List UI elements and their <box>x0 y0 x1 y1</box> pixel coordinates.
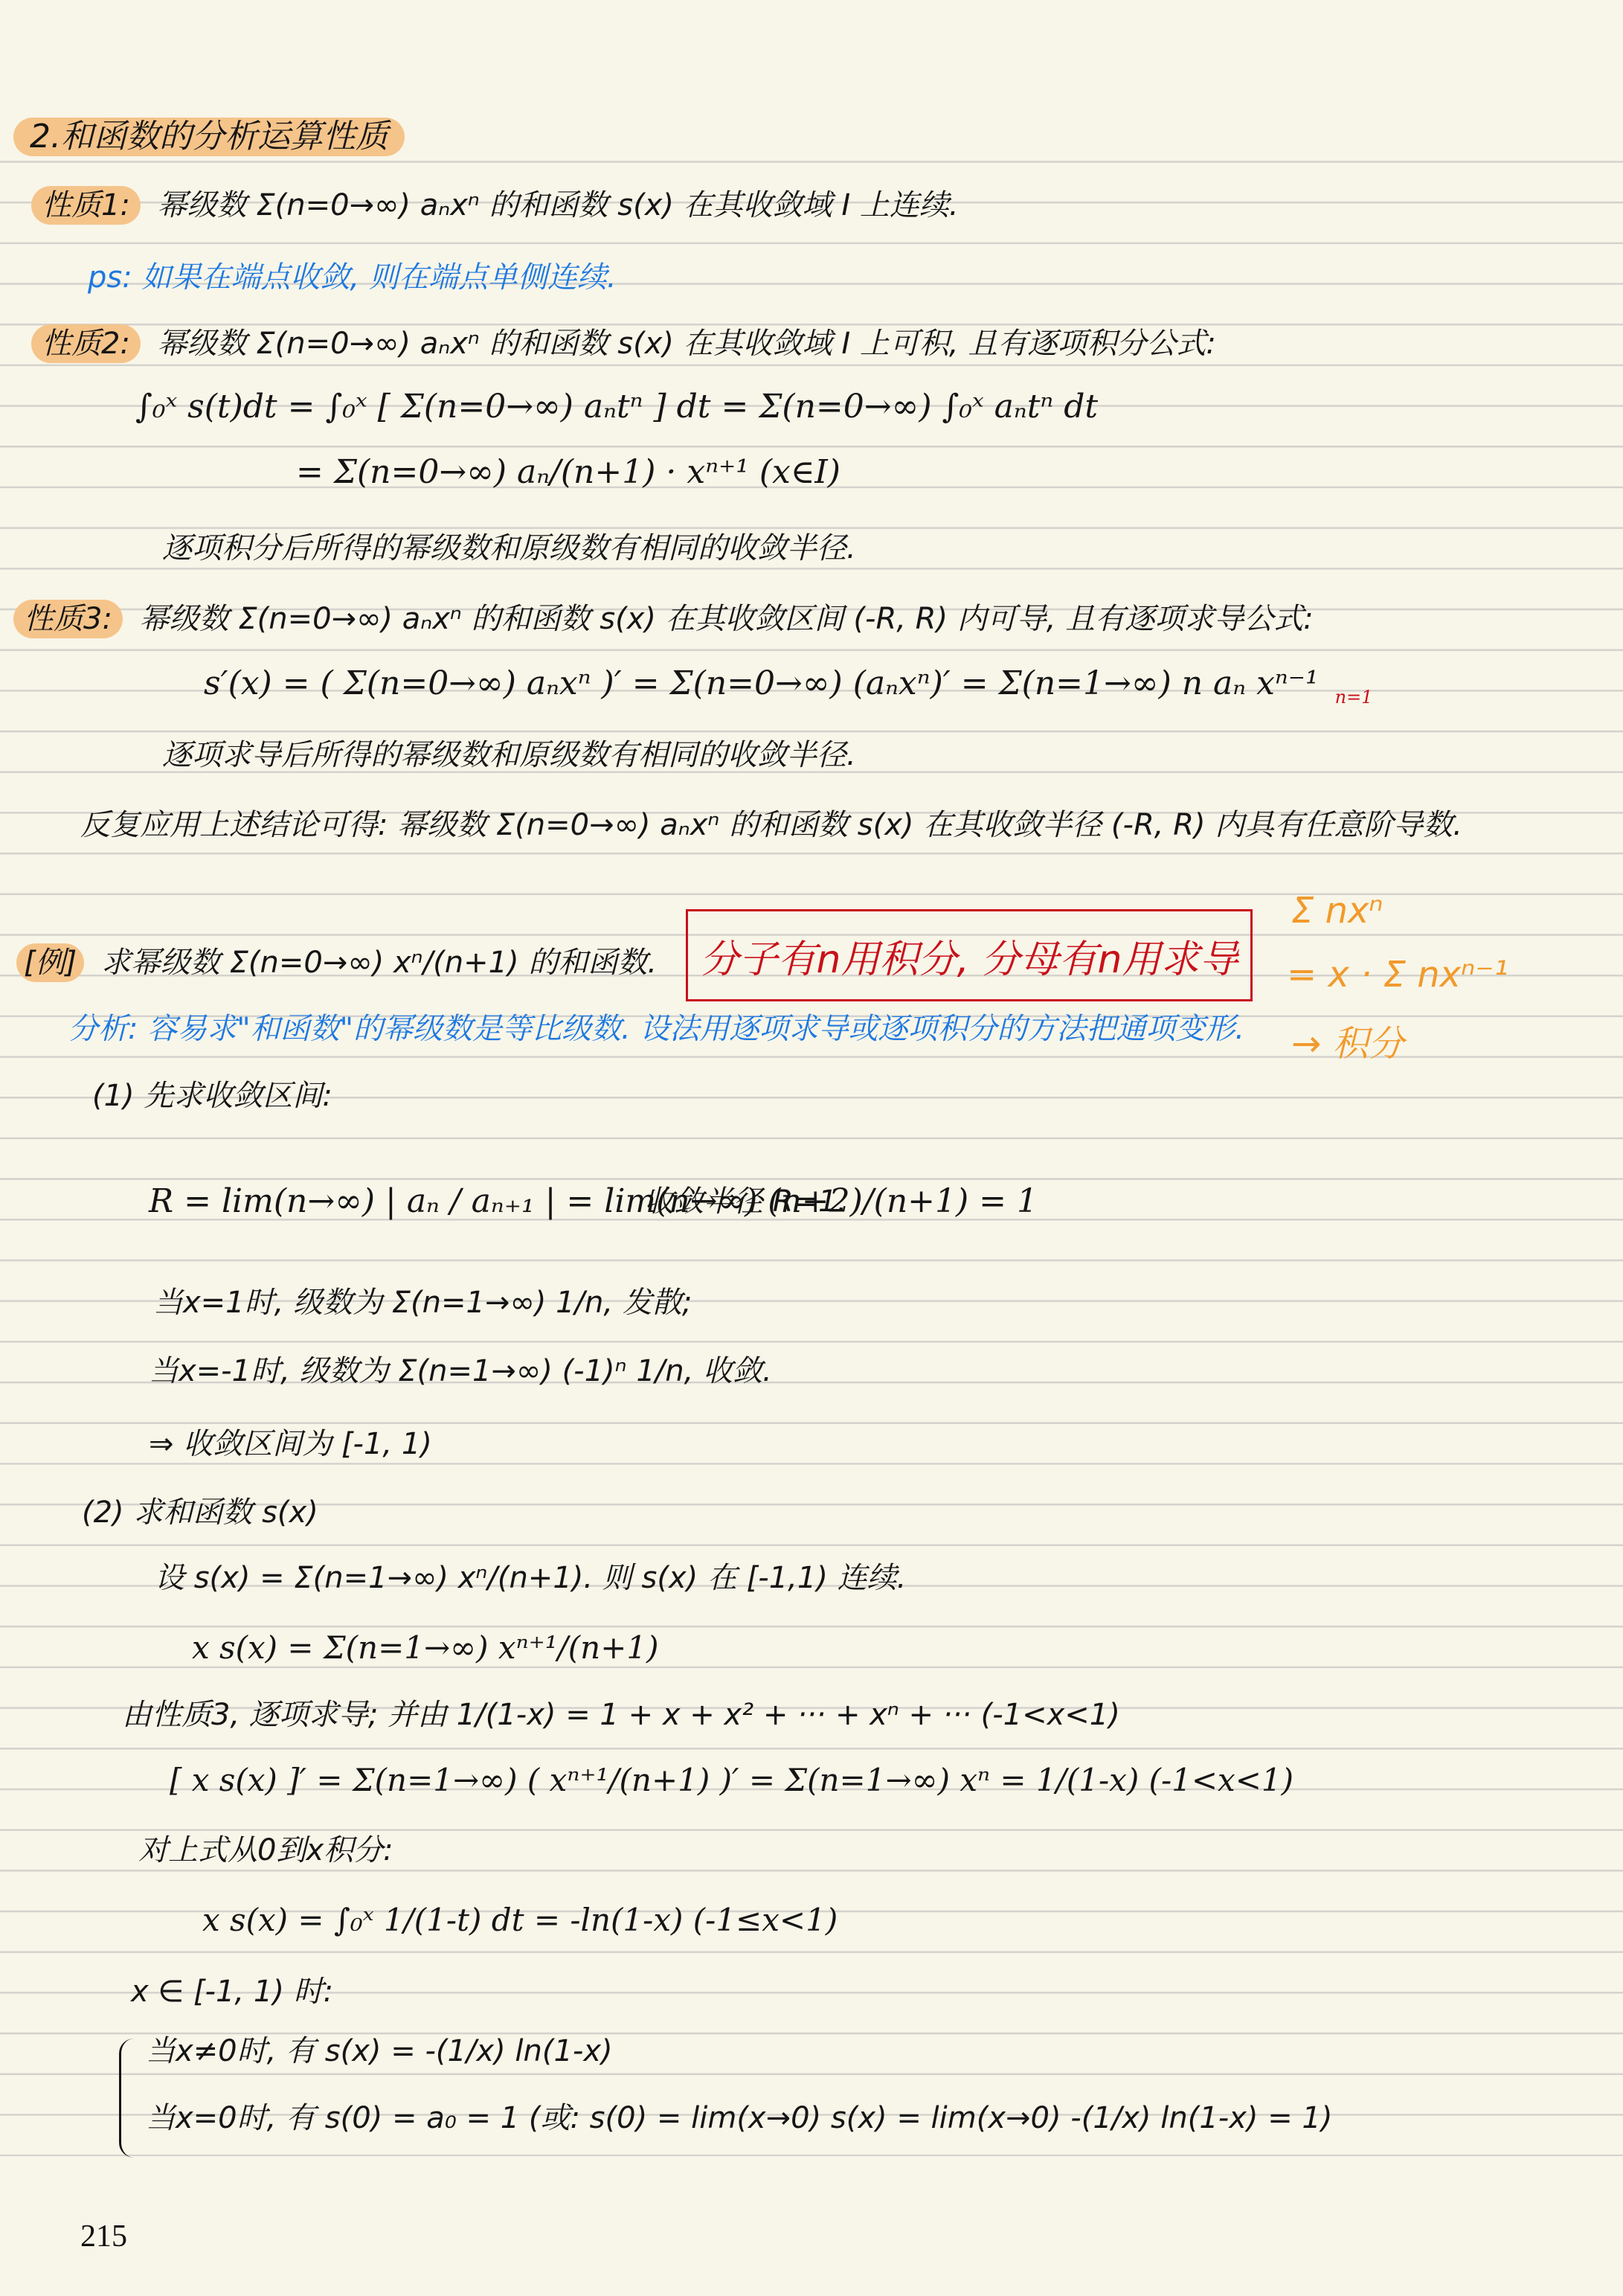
step2-when: x ∈ [-1, 1) 时: <box>131 1973 333 2010</box>
section-title: 2.和函数的分析运算性质 <box>13 118 405 156</box>
step1-formula: R = lim(n→∞) | aₙ / aₙ₊₁ | = lim(n→∞) (n… <box>149 1183 1038 1220</box>
example-text: 求幂级数 Σ(n=0→∞) xⁿ/(n+1) 的和函数. <box>101 946 657 980</box>
step2-def: 设 s(x) = Σ(n=1→∞) xⁿ/(n+1). 则 s(x) 在 [-1… <box>155 1559 906 1597</box>
conclusion: 反复应用上述结论可得: 幂级数 Σ(n=0→∞) aₙxⁿ 的和函数 s(x) … <box>80 807 1462 844</box>
case-brace <box>119 2039 141 2158</box>
property2-formula1: ∫₀ˣ s(t)dt = ∫₀ˣ [ Σ(n=0→∞) aₙtⁿ ] dt = … <box>135 388 1098 426</box>
step1-title: (1) 先求收敛区间: <box>92 1077 332 1115</box>
tip-box-text: 分子有n用积分, 分母有n用求导 <box>701 928 1238 984</box>
property1-label: 性质1: <box>31 186 141 225</box>
property3-formula: s′(x) = ( Σ(n=0→∞) aₙxⁿ )′ = Σ(n=0→∞) (a… <box>204 665 1372 716</box>
property2-label: 性质2: <box>31 324 141 363</box>
property2-text: 幂级数 Σ(n=0→∞) aₙxⁿ 的和函数 s(x) 在其收敛域 I 上可积,… <box>158 327 1216 361</box>
step1-case-pos: 当x=1时, 级数为 Σ(n=1→∞) 1/n, 发散; <box>153 1284 692 1321</box>
property3-note: 逐项求导后所得的幂级数和原级数有相同的收敛半径. <box>162 737 856 774</box>
step2-integrate-note: 对上式从0到x积分: <box>138 1832 393 1869</box>
property3-label: 性质3: <box>13 600 123 638</box>
property3-line: 性质3: 幂级数 Σ(n=0→∞) aₙxⁿ 的和函数 s(x) 在其收敛区间 … <box>13 600 1314 638</box>
tip-box: 分子有n用积分, 分母有n用求导 <box>686 909 1253 1001</box>
property2-line: 性质2: 幂级数 Σ(n=0→∞) aₙxⁿ 的和函数 s(x) 在其收敛域 I… <box>31 324 1216 363</box>
property3-formula-text: s′(x) = ( Σ(n=0→∞) aₙxⁿ )′ = Σ(n=0→∞) (a… <box>204 664 1319 702</box>
section-title-line: 2.和函数的分析运算性质 <box>13 118 412 156</box>
property3-red-index: n=1 <box>1335 687 1373 708</box>
step2-integral: x s(x) = ∫₀ˣ 1/(1-t) dt = -ln(1-x) (-1≤x… <box>202 1902 838 1939</box>
step2-by-prop3: 由性质3, 逐项求导; 并由 1/(1-x) = 1 + x + x² + ··… <box>122 1696 1120 1734</box>
example-label: [例] <box>16 943 84 982</box>
property3-text: 幂级数 Σ(n=0→∞) aₙxⁿ 的和函数 s(x) 在其收敛区间 (-R, … <box>140 602 1314 636</box>
property1-line: 性质1: 幂级数 Σ(n=0→∞) aₙxⁿ 的和函数 s(x) 在其收敛域 I… <box>31 186 959 225</box>
property1-ps: ps: 如果在端点收敛, 则在端点单侧连续. <box>88 259 617 296</box>
example-line: [例] 求幂级数 Σ(n=0→∞) xⁿ/(n+1) 的和函数. <box>16 943 657 982</box>
step2-xs: x s(x) = Σ(n=1→∞) xⁿ⁺¹/(n+1) <box>192 1629 659 1667</box>
bottom-margin <box>0 2156 1623 2296</box>
step1-case-neg: 当x=-1时, 级数为 Σ(n=1→∞) (-1)ⁿ 1/n, 收敛. <box>149 1353 772 1390</box>
side-note-2: = x · Σ nxⁿ⁻¹ <box>1287 954 1508 995</box>
side-note-1: Σ nxⁿ <box>1291 890 1383 931</box>
step1-result: 收敛半径 R=1. <box>644 1183 846 1220</box>
step2-case-zero: 当x=0时, 有 s(0) = a₀ = 1 (或: s(0) = lim(x→… <box>146 2100 1333 2137</box>
property2-formula2: = Σ(n=0→∞) aₙ/(n+1) · xⁿ⁺¹ (x∈I) <box>296 454 841 491</box>
page-number: 215 <box>80 2219 127 2254</box>
side-note-3: → 积分 <box>1291 1015 1404 1066</box>
analysis: 分析: 容易求"和函数"的幂级数是等比级数. 设法用逐项求导或逐项积分的方法把通… <box>68 1010 1244 1048</box>
step2-case-nonzero: 当x≠0时, 有 s(x) = -(1/x) ln(1-x) <box>146 2033 613 2070</box>
property1-text: 幂级数 Σ(n=0→∞) aₙxⁿ 的和函数 s(x) 在其收敛域 I 上连续. <box>158 188 959 222</box>
step2-deriv: [ x s(x) ]′ = Σ(n=1→∞) ( xⁿ⁺¹/(n+1) )′ =… <box>170 1762 1293 1799</box>
step1-interval: ⇒ 收敛区间为 [-1, 1) <box>149 1426 432 1463</box>
property2-note: 逐项积分后所得的幂级数和原级数有相同的收敛半径. <box>162 530 856 567</box>
step2-title: (2) 求和函数 s(x) <box>82 1494 318 1531</box>
